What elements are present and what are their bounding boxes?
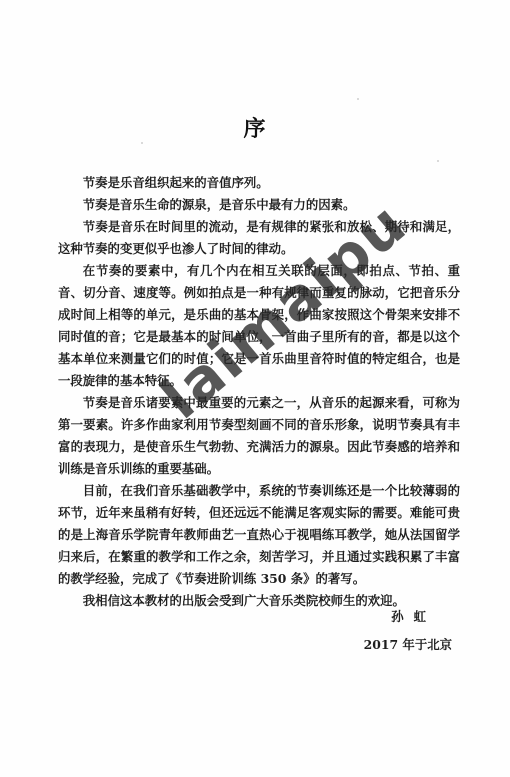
preface-title: 序 bbox=[0, 112, 510, 143]
paragraph-2: 节奏是音乐生命的源泉，是音乐中最有力的因素。 bbox=[58, 194, 460, 216]
preface-body: 节奏是乐音组织起来的音值序列。 节奏是音乐生命的源泉，是音乐中最有力的因素。 节… bbox=[58, 172, 460, 612]
scan-speck bbox=[437, 160, 439, 162]
document-page: 序 节奏是乐音组织起来的音值序列。 节奏是音乐生命的源泉，是音乐中最有力的因素。… bbox=[0, 0, 510, 777]
paragraph-1: 节奏是乐音组织起来的音值序列。 bbox=[58, 172, 460, 194]
paragraph-6: 目前，在我们音乐基础教学中，系统的节奏训练还是一个比较薄弱的环节，近年来虽稍有好… bbox=[58, 480, 460, 590]
paragraph-4: 在节奏的要素中，有几个内在相互关联的层面，即拍点、节拍、重音、切分音、速度等。例… bbox=[58, 260, 460, 392]
paragraph-3: 节奏是音乐在时间里的流动，是有规律的紧张和放松、期待和满足，这种节奏的变更似乎也… bbox=[58, 216, 460, 260]
scan-speck bbox=[357, 98, 359, 100]
date-place: 2017 年于北京 bbox=[364, 631, 452, 659]
signature-block: 孙虹 2017 年于北京 bbox=[364, 603, 452, 659]
paragraph-5: 节奏是音乐诸要素中最重要的元素之一，从音乐的起源来看，可称为第一要素。许多作曲家… bbox=[58, 392, 460, 480]
author-name: 孙虹 bbox=[364, 603, 452, 631]
